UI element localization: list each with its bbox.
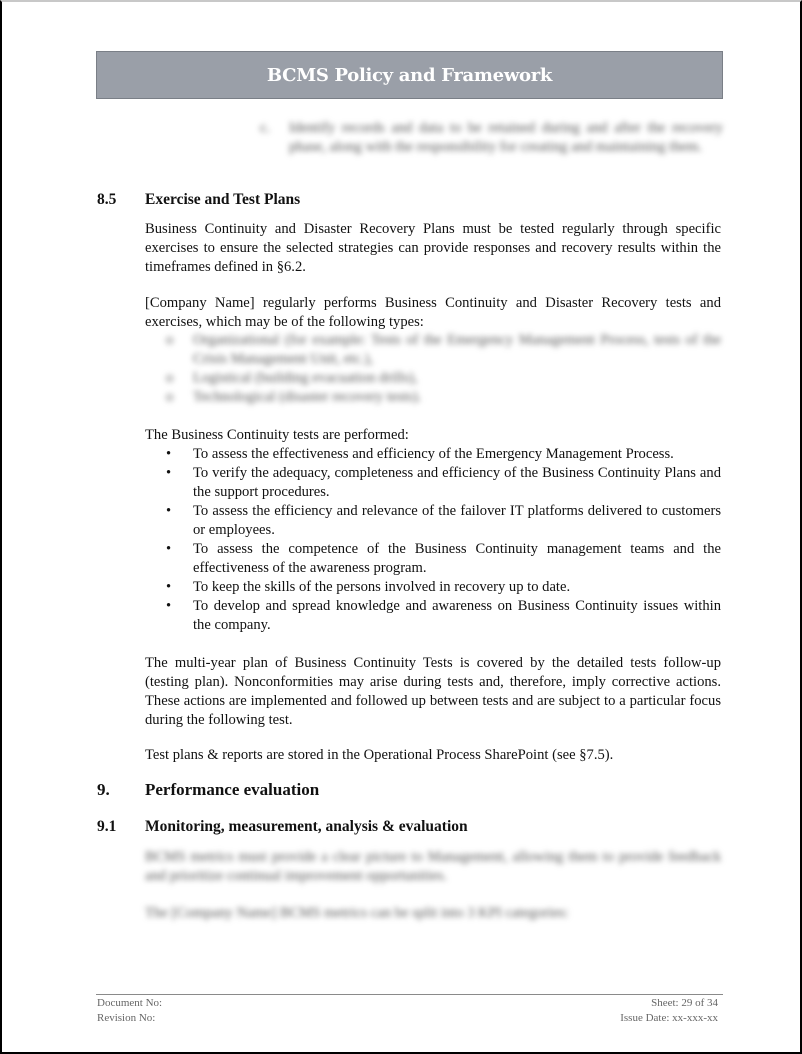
list-item: o Technological (disaster recovery tests… <box>145 388 721 407</box>
list-item: o Logistical (building evacuation drills… <box>145 369 721 388</box>
bullet-icon: • <box>166 445 171 464</box>
blurred-list-marker: c. <box>260 119 270 138</box>
bullet-icon: • <box>166 540 171 559</box>
blurred-list-text: Identify records and data to be retained… <box>260 119 723 157</box>
section-heading-9: 9. Performance evaluation <box>97 780 319 800</box>
paragraph: Business Continuity and Disaster Recover… <box>145 220 721 277</box>
tests-purposes-list: •To assess the effectiveness and efficie… <box>145 445 721 635</box>
list-item: •To assess the competence of the Busines… <box>145 540 721 578</box>
list-item: o Organizational (for example: Tests of … <box>145 331 721 369</box>
list-item: •To develop and spread knowledge and awa… <box>145 597 721 635</box>
issue-date: Issue Date: xx-xxx-xx <box>620 1011 718 1026</box>
list-marker: o <box>166 331 173 350</box>
bullet-icon: • <box>166 502 171 521</box>
test-types-list: o Organizational (for example: Tests of … <box>145 331 721 407</box>
section-heading-9-1: 9.1 Monitoring, measurement, analysis & … <box>97 818 468 836</box>
paragraph: [Company Name] regularly performs Busine… <box>145 294 721 332</box>
section-title: Exercise and Test Plans <box>145 191 300 209</box>
footer-right: Sheet: 29 of 34 Issue Date: xx-xxx-xx <box>620 996 718 1026</box>
list-marker: o <box>166 369 173 388</box>
sheet-number: Sheet: 29 of 34 <box>620 996 718 1011</box>
blurred-list-item: c. Identify records and data to be retai… <box>260 119 723 157</box>
section-number: 8.5 <box>97 191 145 209</box>
list-item-text: Logistical (building evacuation drills), <box>193 370 418 386</box>
footer-left: Document No: Revision No: <box>97 996 162 1026</box>
list-item-text: To develop and spread knowledge and awar… <box>193 598 721 633</box>
list-item: •To assess the effectiveness and efficie… <box>145 445 721 464</box>
section-number: 9.1 <box>97 818 145 836</box>
list-item-text: To assess the competence of the Business… <box>193 541 721 576</box>
blurred-paragraph: The [Company Name] BCMS metrics can be s… <box>145 904 721 923</box>
document-number-label: Document No: <box>97 996 162 1011</box>
section-title: Performance evaluation <box>145 780 319 800</box>
paragraph: The Business Continuity tests are perfor… <box>145 426 721 445</box>
section-number: 9. <box>97 780 145 800</box>
list-item-text: To keep the skills of the persons involv… <box>193 579 570 595</box>
list-item: •To assess the efficiency and relevance … <box>145 502 721 540</box>
bullet-icon: • <box>166 464 171 483</box>
section-title: Monitoring, measurement, analysis & eval… <box>145 818 468 836</box>
document-header-bar: BCMS Policy and Framework <box>96 51 723 99</box>
list-marker: o <box>166 388 173 407</box>
list-item-text: Technological (disaster recovery tests). <box>193 389 421 405</box>
bullet-icon: • <box>166 578 171 597</box>
paragraph: Test plans & reports are stored in the O… <box>145 746 721 765</box>
list-item-text: To assess the effectiveness and efficien… <box>193 446 674 462</box>
list-item-text: To verify the adequacy, completeness and… <box>193 465 721 500</box>
paragraph: The multi-year plan of Business Continui… <box>145 654 721 730</box>
revision-number-label: Revision No: <box>97 1011 162 1026</box>
document-title: BCMS Policy and Framework <box>267 65 552 86</box>
bullet-icon: • <box>166 597 171 616</box>
list-item: •To verify the adequacy, completeness an… <box>145 464 721 502</box>
list-item-text: Organizational (for example: Tests of th… <box>193 332 721 367</box>
document-page: BCMS Policy and Framework c. Identify re… <box>0 0 802 1054</box>
section-heading-8-5: 8.5 Exercise and Test Plans <box>97 191 300 209</box>
blurred-paragraph: BCMS metrics must provide a clear pictur… <box>145 848 721 886</box>
footer-divider <box>96 994 723 995</box>
list-item-text: To assess the efficiency and relevance o… <box>193 503 721 538</box>
list-item: •To keep the skills of the persons invol… <box>145 578 721 597</box>
